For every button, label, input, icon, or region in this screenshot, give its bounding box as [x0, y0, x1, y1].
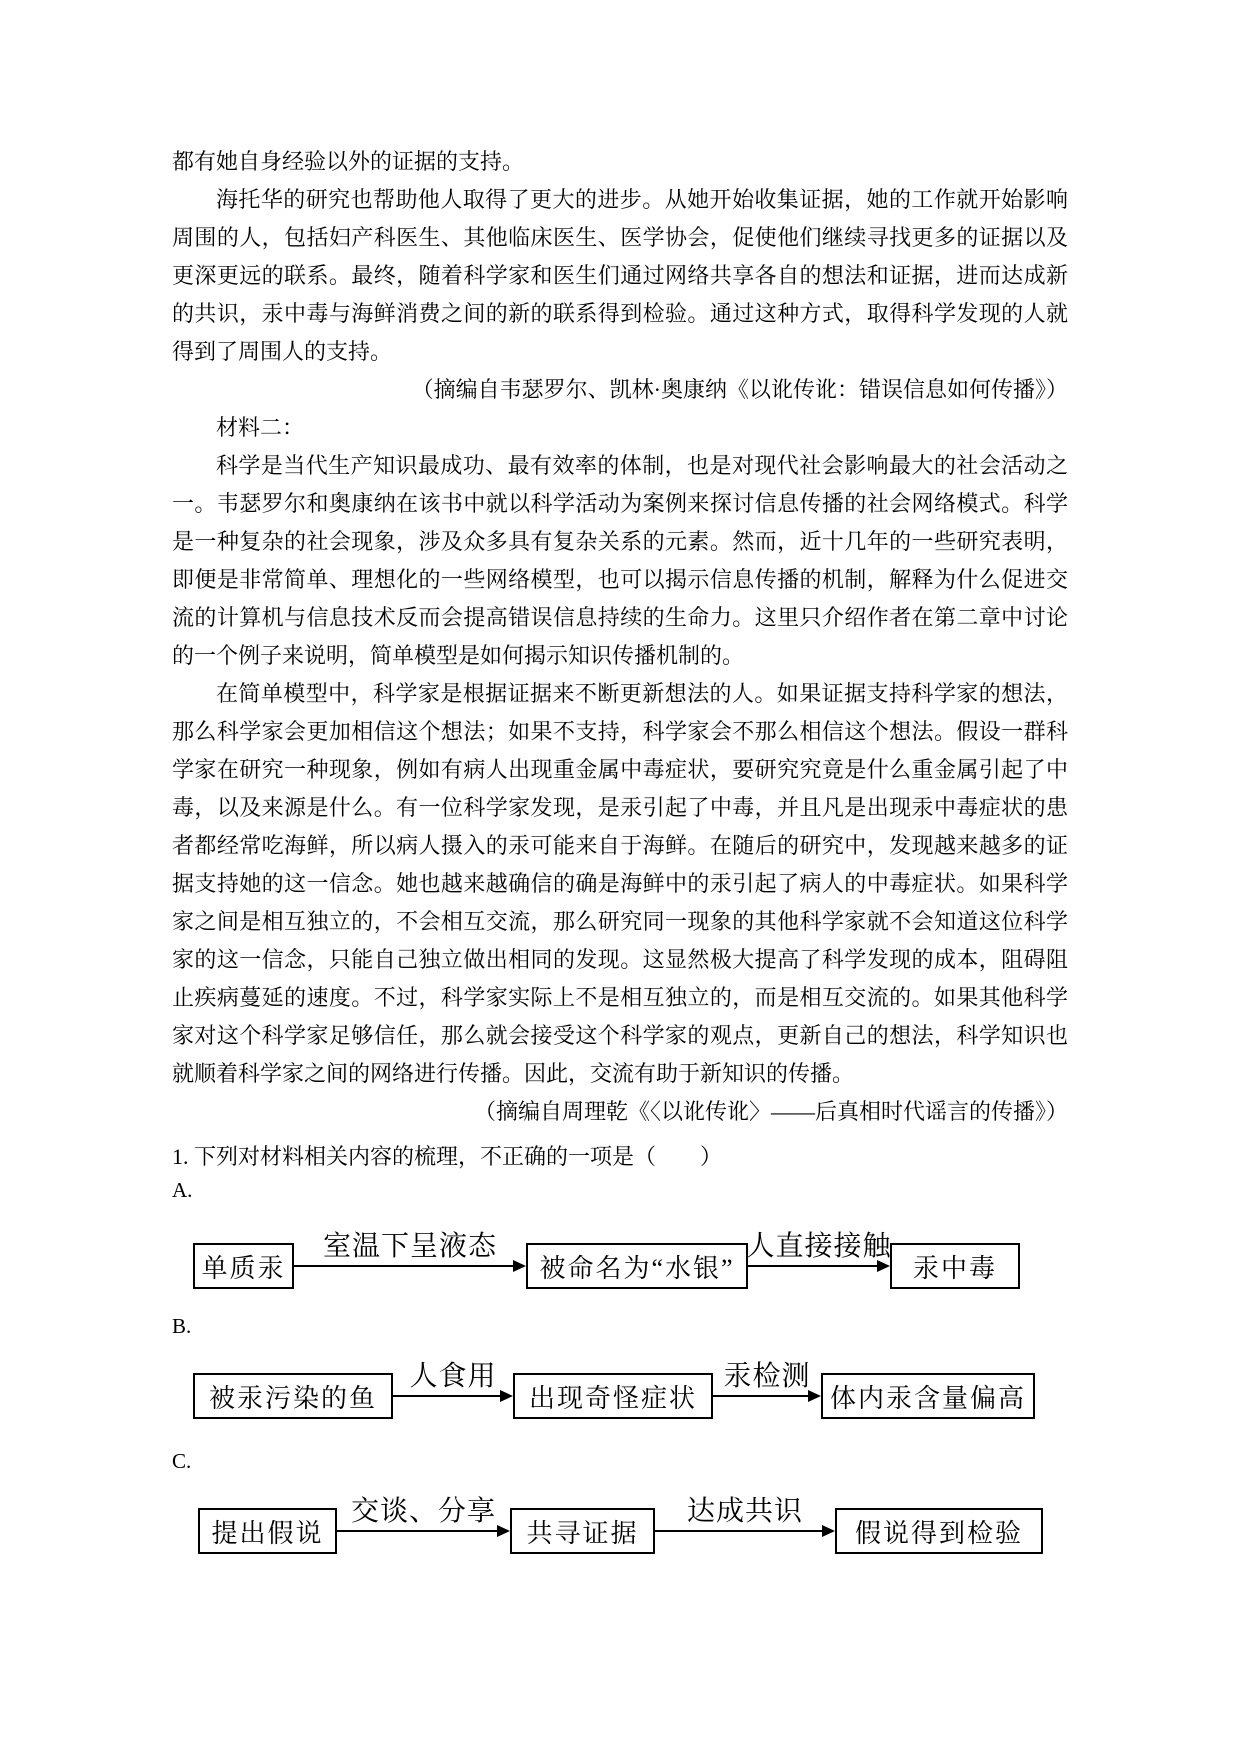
flow-edge: 人食用 [393, 1373, 513, 1419]
paragraph: 海托华的研究也帮助他人取得了更大的进步。从她开始收集证据，她的工作就开始影响周围… [172, 181, 1068, 371]
flow-node: 体内汞含量偏高 [821, 1373, 1035, 1419]
edge-label: 达成共识 [687, 1495, 803, 1529]
option-label-c: C. [172, 1449, 191, 1474]
flowchart-option-b: 被汞污染的鱼 人食用 出现奇怪症状 汞检测 体内汞含量偏高 [193, 1373, 1035, 1419]
arrow-line [294, 1265, 518, 1267]
source-attribution-2: （摘编自周理乾《〈以讹传讹〉——后真相时代谣言的传播》） [172, 1093, 1068, 1131]
option-label-a: A. [172, 1178, 192, 1203]
edge-label: 人直接接触 [746, 1230, 891, 1264]
flow-edge: 达成共识 [655, 1508, 835, 1554]
flow-node: 被命名为“水银” [526, 1243, 748, 1289]
flow-edge: 汞检测 [713, 1373, 821, 1419]
arrowhead-icon [822, 1525, 835, 1537]
flowchart-option-c: 提出假说 交谈、分享 共寻证据 达成共识 假说得到检验 [198, 1508, 1043, 1554]
arrow-line [713, 1395, 813, 1397]
edge-label: 人食用 [409, 1360, 496, 1394]
flow-node: 提出假说 [198, 1508, 337, 1554]
flow-edge: 交谈、分享 [337, 1508, 510, 1554]
source-attribution-1: （摘编自韦瑟罗尔、凯林·奥康纳《以讹传讹：错误信息如何传播》） [172, 371, 1068, 409]
document-page: 都有她自身经验以外的证据的支持。 海托华的研究也帮助他人取得了更大的进步。从她开… [0, 0, 1240, 1754]
flow-node: 假说得到检验 [835, 1508, 1043, 1554]
flow-node: 出现奇怪症状 [513, 1373, 713, 1419]
arrow-line [748, 1265, 882, 1267]
question-1-text: 1. 下列对材料相关内容的梳理，不正确的一项是（ ） [172, 1140, 722, 1171]
paragraph: 科学是当代生产知识最成功、最有效率的体制，也是对现代社会影响最大的社会活动之一。… [172, 447, 1068, 675]
arrowhead-icon [513, 1260, 526, 1272]
edge-label: 室温下呈液态 [323, 1230, 497, 1264]
material-2-label: 材料二： [172, 409, 1068, 447]
flow-node: 被汞污染的鱼 [193, 1373, 393, 1419]
arrowhead-icon [808, 1390, 821, 1402]
paragraph: 在简单模型中，科学家是根据证据来不断更新想法的人。如果证据支持科学家的想法，那么… [172, 675, 1068, 1093]
flow-node: 汞中毒 [890, 1243, 1020, 1289]
arrow-line [393, 1395, 505, 1397]
flow-node: 单质汞 [193, 1243, 294, 1289]
flow-edge: 室温下呈液态 [294, 1243, 526, 1289]
paragraph-continuation: 都有她自身经验以外的证据的支持。 [172, 143, 1068, 181]
flow-edge: 人直接接触 [748, 1243, 890, 1289]
article-text: 都有她自身经验以外的证据的支持。 海托华的研究也帮助他人取得了更大的进步。从她开… [172, 143, 1068, 1131]
flowchart-option-a: 单质汞 室温下呈液态 被命名为“水银” 人直接接触 汞中毒 [193, 1243, 1020, 1289]
flow-node: 共寻证据 [510, 1508, 655, 1554]
edge-label: 汞检测 [723, 1360, 810, 1394]
arrowhead-icon [877, 1260, 890, 1272]
edge-label: 交谈、分享 [351, 1495, 496, 1529]
arrowhead-icon [497, 1525, 510, 1537]
arrow-line [655, 1530, 827, 1532]
option-label-b: B. [172, 1314, 191, 1339]
arrowhead-icon [500, 1390, 513, 1402]
arrow-line [337, 1530, 502, 1532]
